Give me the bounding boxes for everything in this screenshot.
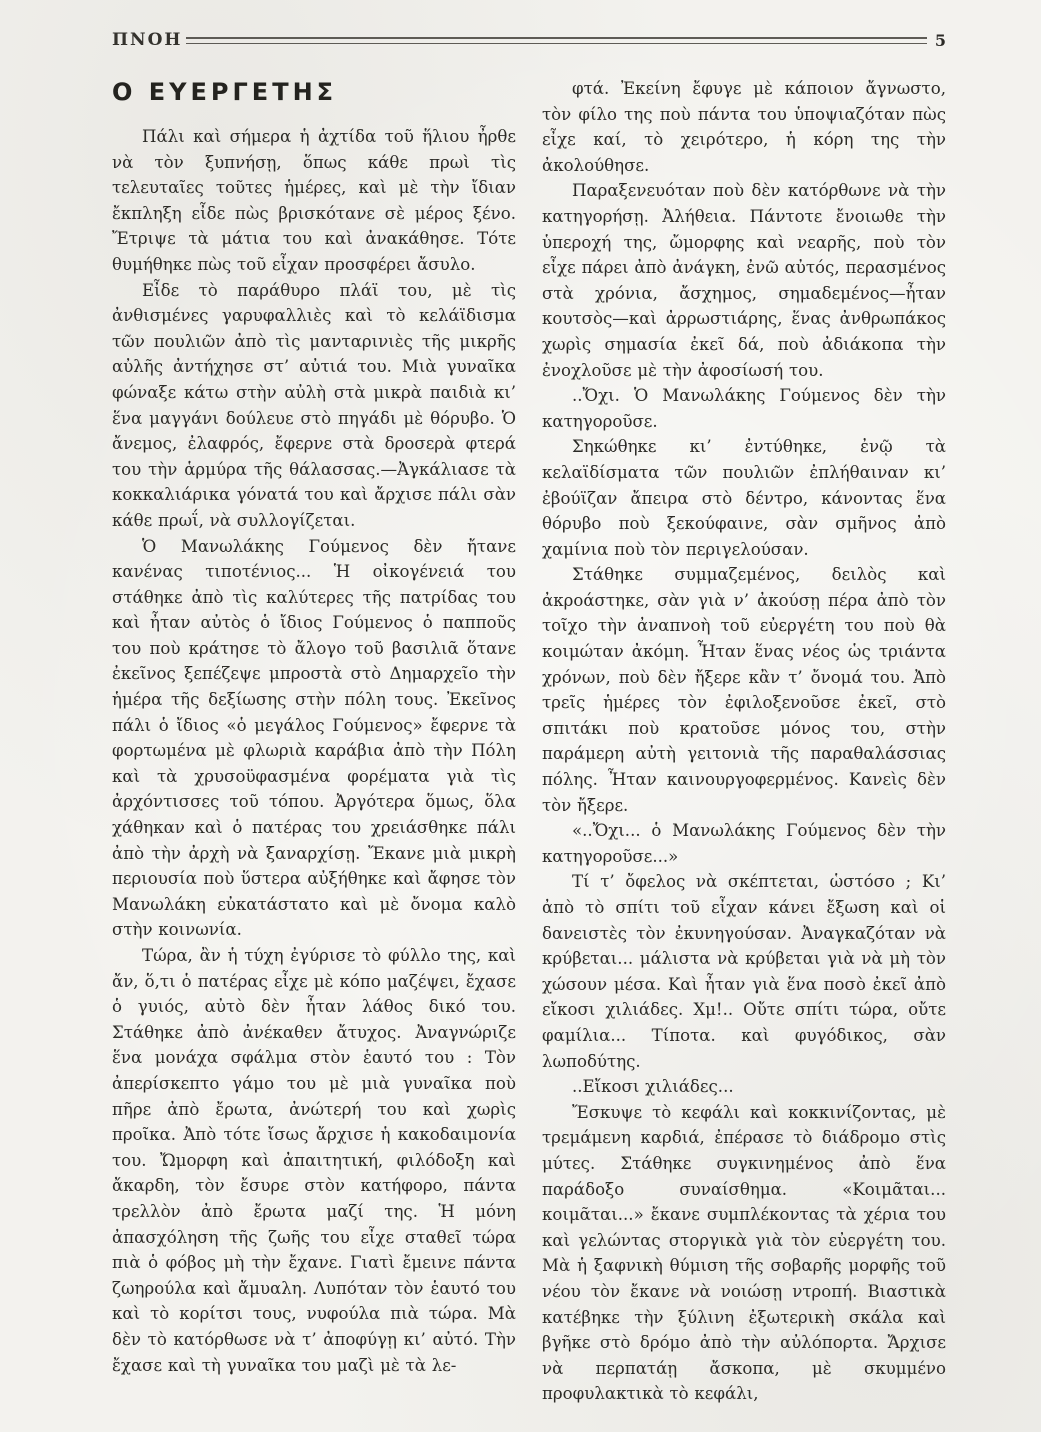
page-number: 5 <box>935 31 946 50</box>
scanned-page: ΠΝΟΗ 5 Ο ΕΥΕΡΓΕΤΗΣ Πάλι καὶ σήμερα ἡ ἀχτ… <box>0 0 1041 1432</box>
header-rule <box>186 37 926 44</box>
page-header: ΠΝΟΗ 5 <box>112 30 946 50</box>
column-left: Ο ΕΥΕΡΓΕΤΗΣ Πάλι καὶ σήμερα ἡ ἀχτίδα τοῦ… <box>112 72 516 1407</box>
paragraph: ..Εἴκοσι χιλιάδες... <box>542 1074 946 1100</box>
paragraph: Πάλι καὶ σήμερα ἡ ἀχτίδα τοῦ ἥλιου ἦρθε … <box>112 124 516 278</box>
article-title: Ο ΕΥΕΡΓΕΤΗΣ <box>112 78 516 106</box>
paragraph: Τώρα, ἂν ἡ τύχη ἐγύρισε τὸ φύλλο της, κα… <box>112 943 516 1378</box>
paragraph: ..Ὄχι. Ὁ Μανωλάκης Γούμενος δὲν τὴν κατη… <box>542 383 946 434</box>
paragraph: Ὁ Μανωλάκης Γούμενος δὲν ἤτανε κανένας τ… <box>112 534 516 944</box>
paragraph: Παραξενευόταν ποὺ δὲν κατόρθωνε νὰ τὴν κ… <box>542 178 946 383</box>
text-columns: Ο ΕΥΕΡΓΕΤΗΣ Πάλι καὶ σήμερα ἡ ἀχτίδα τοῦ… <box>112 72 946 1407</box>
paragraph: Τί τ’ ὄφελος νὰ σκέπτεται, ὡστόσο ; Κι’ … <box>542 869 946 1074</box>
column-right: φτά. Ἐκείνη ἔφυγε μὲ κάποιον ἄγνωστο, τὸ… <box>542 72 946 1407</box>
paragraph: φτά. Ἐκείνη ἔφυγε μὲ κάποιον ἄγνωστο, τὸ… <box>542 76 946 178</box>
paragraph: «..Ὄχι... ὁ Μανωλάκης Γούμενος δὲν τὴν κ… <box>542 818 946 869</box>
journal-title: ΠΝΟΗ <box>112 30 182 50</box>
paragraph: Ἔσκυψε τὸ κεφάλι καὶ κοκκινίζοντας, μὲ τ… <box>542 1100 946 1407</box>
paragraph: Εἶδε τὸ παράθυρο πλάϊ του, μὲ τὶς ἀνθισμ… <box>112 278 516 534</box>
paragraph: Στάθηκε συμμαζεμένος, δειλὸς καὶ ἀκροάστ… <box>542 562 946 818</box>
paragraph: Σηκώθηκε κι’ ἐντύθηκε, ἐνῷ τὰ κελαϊδίσμα… <box>542 434 946 562</box>
